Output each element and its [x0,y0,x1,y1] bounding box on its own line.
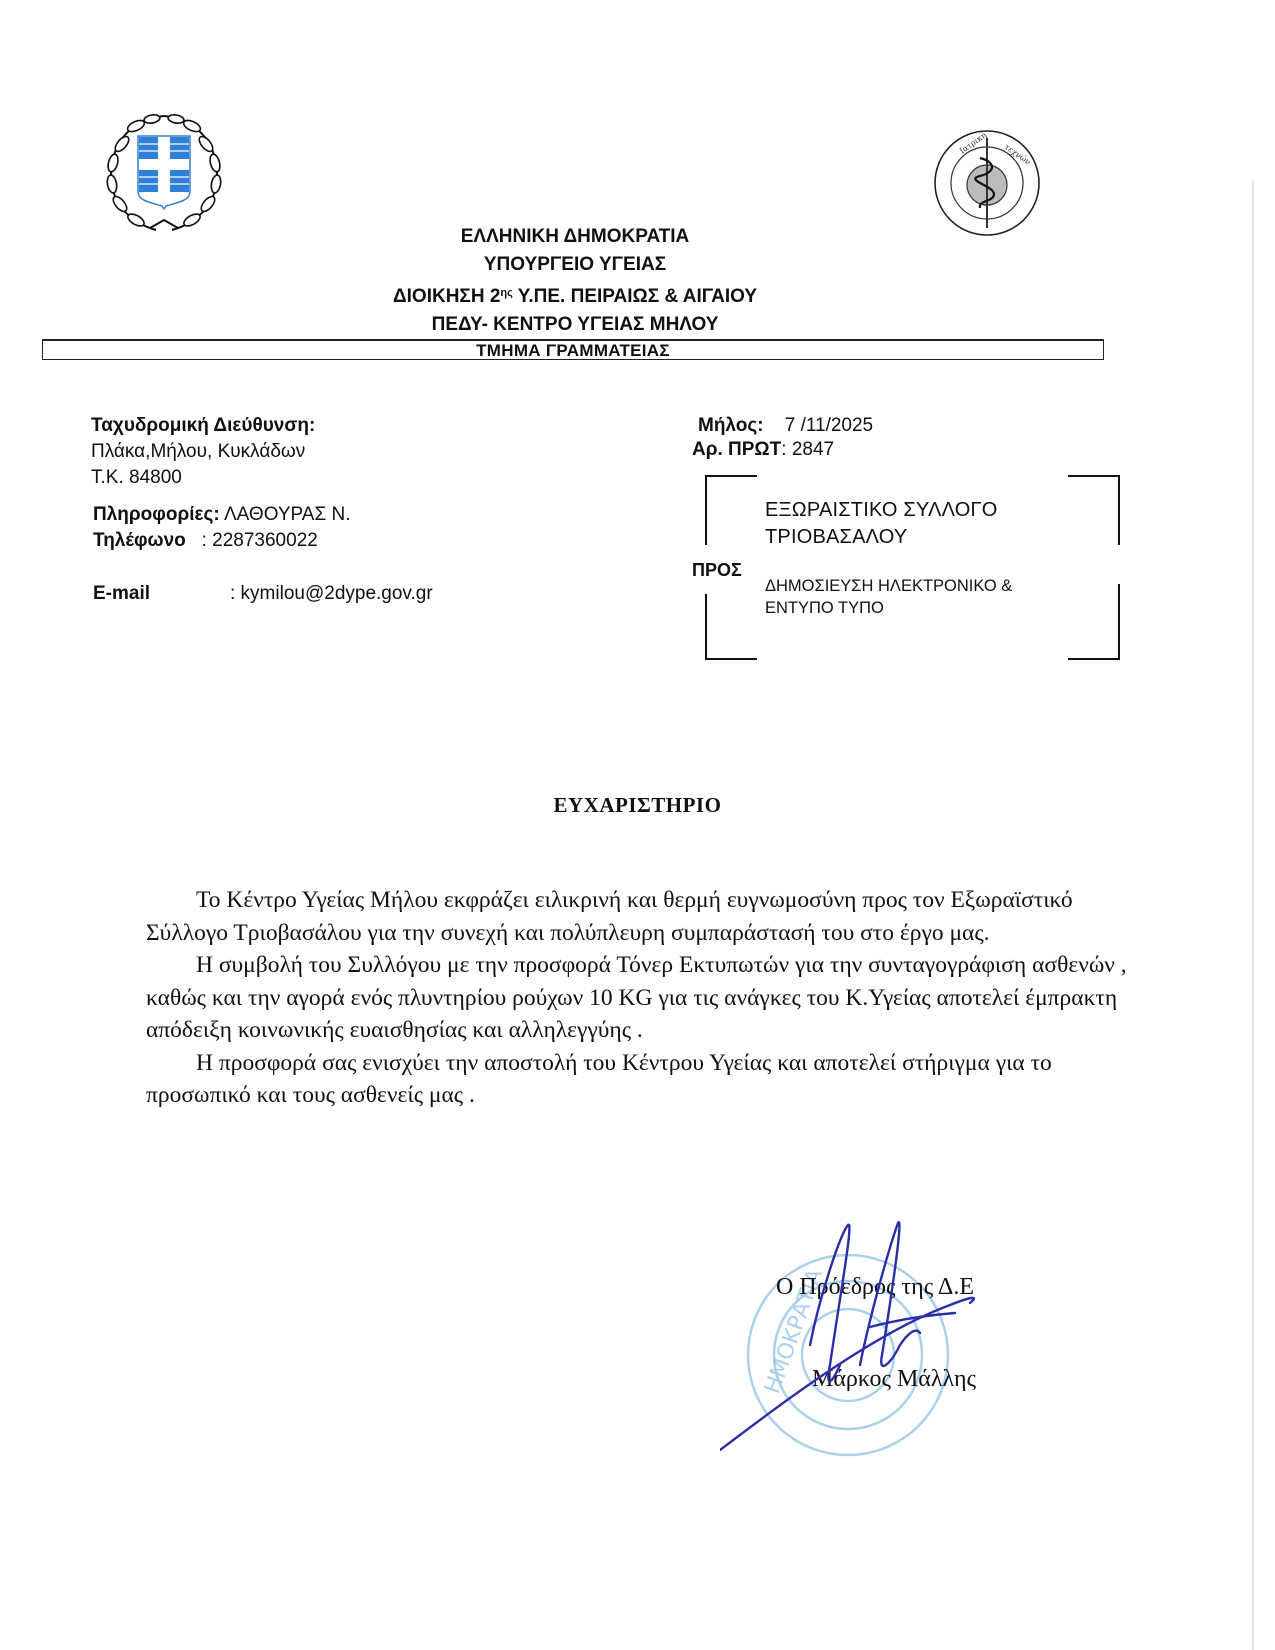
department-title: ΤΜΗΜΑ ΓΡΑΜΜΑΤΕΙΑΣ [42,341,1104,361]
phone-value: : 2287360022 [186,530,318,551]
info-value: ΛΑΘΟΥΡΑΣ Ν. [220,504,351,525]
body-paragraph-2: Η συμβολή του Συλλόγου με την προσφορά Τ… [146,949,1136,1047]
sender-address: Ταχυδρομική Διεύθυνση: Πλάκα,Μήλου, Κυκλ… [91,413,315,491]
recipient-secondary: ΔΗΜΟΣΙΕΥΣΗ ΗΛΕΚΤΡΟΝΙΚΟ & ΕΝΤΥΠΟ ΤΥΠΟ [765,575,1012,619]
info-label: Πληροφορίες: [93,502,220,528]
document-date: Μήλος: 7 /11/2025 [698,413,873,439]
body-paragraph-1: Το Κέντρο Υγείας Μήλου εκφράζει ειλικριν… [146,884,1136,949]
protocol-number: Αρ. ΠΡΩΤ: 2847 [692,439,834,461]
protocol-value: : 2847 [781,439,834,460]
recipient-primary: ΕΞΩΡΑΙΣΤΙΚΟ ΣΥΛΛΟΓΟ ΤΡΙΟΒΑΣΑΛΟΥ [765,497,997,551]
scan-edge-line [1252,180,1254,1650]
ministry-header: ΕΛΛΗΝΙΚΗ ΔΗΜΟΚΡΑΤΙΑ ΥΠΟΥΡΓΕΙΟ ΥΓΕΙΑΣ ΔΙΟ… [0,223,1150,339]
greek-coat-of-arms-icon [100,108,228,236]
address-label: Ταχυδρομική Διεύθυνση: [91,413,315,439]
handwritten-signature-icon [720,1215,1010,1455]
medical-association-seal-icon: Ιατρική τεχνών [932,128,1042,238]
place-label: Μήλος: [698,415,764,436]
header-line-3: ΔΙΟΙΚΗΣΗ 2ης Υ.ΠΕ. ΠΕΙΡΑΙΩΣ & ΑΙΓΑΙΟΥ [0,279,1150,311]
phone-label: Τηλέφωνο [93,528,186,554]
address-line-1: Πλάκα,Μήλου, Κυκλάδων [91,439,315,465]
document-title: ΕΥΧΑΡΙΣΤΗΡΙΟ [0,793,1275,818]
protocol-label: Αρ. ΠΡΩΤ [692,439,781,460]
header-line-4: ΠΕΔΥ- ΚΕΝΤΡΟ ΥΓΕΙΑΣ ΜΗΛΟΥ [0,311,1150,339]
email-value[interactable]: : kymilou@2dype.gov.gr [230,583,433,604]
header-line-1: ΕΛΛΗΝΙΚΗ ΔΗΜΟΚΡΑΤΙΑ [0,223,1150,251]
sender-contact: Πληροφορίες: ΛΑΘΟΥΡΑΣ Ν. Τηλέφωνο : 2287… [93,502,351,554]
header-line-2: ΥΠΟΥΡΓΕΙΟ ΥΓΕΙΑΣ [0,251,1150,279]
address-line-2: Τ.Κ. 84800 [91,465,315,491]
svg-text:Ιατρική: Ιατρική [958,131,988,156]
body-paragraph-3: Η προσφορά σας ενισχύει την αποστολή του… [146,1047,1136,1112]
date-value: 7 /11/2025 [785,415,873,436]
document-body: Το Κέντρο Υγείας Μήλου εκφράζει ειλικριν… [146,884,1136,1112]
recipient-to-label: ΠΡΟΣ [692,560,742,581]
email-label: E-mail [93,583,230,605]
sender-email: E-mail: kymilou@2dype.gov.gr [93,583,433,605]
